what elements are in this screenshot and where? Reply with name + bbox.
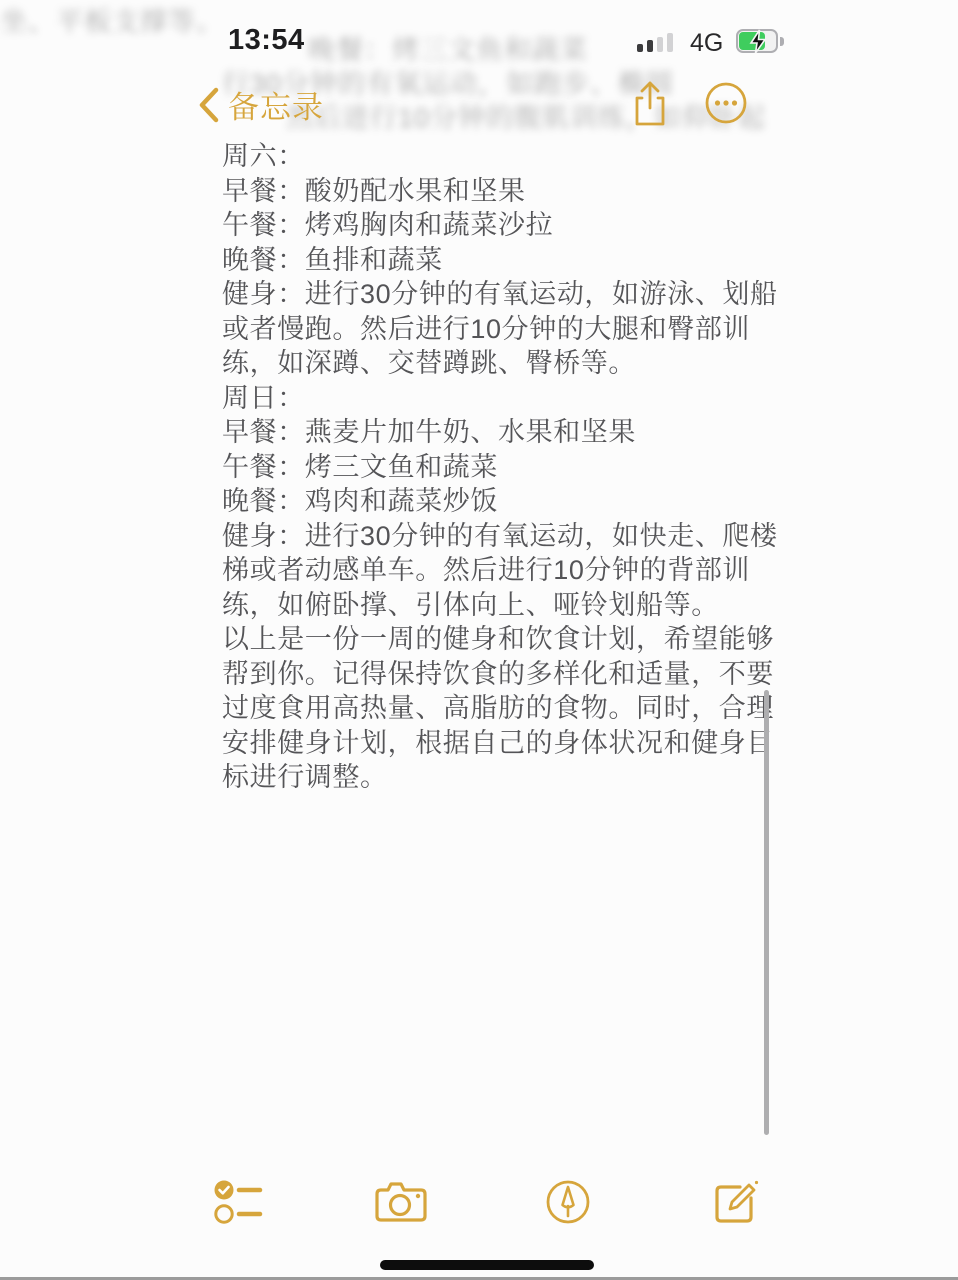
share-button[interactable] (630, 80, 670, 133)
note-text-line: 练，如俯卧撑、引体向上、哑铃划船等。 (222, 588, 774, 623)
more-options-button[interactable] (703, 80, 749, 131)
nav-bar: 备忘录 (0, 80, 958, 130)
camera-button[interactable] (374, 1178, 428, 1229)
ellipsis-circle-icon (703, 80, 749, 126)
note-text-line: 练，如深蹲、交替蹲跳、臀桥等。 (222, 346, 774, 381)
checklist-icon (212, 1178, 268, 1226)
back-button-label: 备忘录 (228, 82, 324, 127)
share-icon (630, 80, 670, 128)
back-button[interactable]: 备忘录 (198, 82, 324, 127)
note-text-area[interactable]: 周六：早餐：酸奶配水果和坚果午餐：烤鸡胸肉和蔬菜沙拉晚餐：鱼排和蔬菜健身：进行3… (222, 139, 774, 795)
compose-button[interactable] (710, 1178, 760, 1233)
markup-button[interactable] (544, 1178, 592, 1231)
note-text-line: 早餐：燕麦片加牛奶、水果和坚果 (222, 415, 774, 450)
scrollbar-thumb[interactable] (764, 690, 769, 1135)
note-text-line: 安排健身计划，根据自己的身体状况和健身目 (222, 726, 774, 761)
network-type-label: 4G (690, 29, 723, 58)
cellular-signal-icon (637, 33, 681, 52)
note-text-line: 帮到你。记得保持饮食的多样化和适量，不要 (222, 657, 774, 692)
note-text-line: 过度食用高热量、高脂肪的食物。同时，合理 (222, 691, 774, 726)
camera-icon (374, 1178, 428, 1224)
status-bar: 13:54 4G (0, 0, 958, 60)
note-text-line: 午餐：烤三文鱼和蔬菜 (222, 450, 774, 485)
bottom-toolbar (0, 1178, 958, 1234)
battery-charging-icon (736, 29, 784, 54)
note-text-line: 健身：进行30分钟的有氧运动，如快走、爬楼 (222, 519, 774, 554)
home-indicator[interactable] (380, 1260, 594, 1270)
note-text-line: 晚餐：鸡肉和蔬菜炒饭 (222, 484, 774, 519)
chevron-left-icon (198, 87, 220, 123)
note-text-line: 周六： (222, 139, 774, 174)
checklist-button[interactable] (212, 1178, 268, 1231)
note-text-line: 或者慢跑。然后进行10分钟的大腿和臀部训 (222, 312, 774, 347)
note-text-line: 午餐：烤鸡胸肉和蔬菜沙拉 (222, 208, 774, 243)
markup-pen-icon (544, 1178, 592, 1226)
note-text-line: 标进行调整。 (222, 760, 774, 795)
note-text-line: 健身：进行30分钟的有氧运动，如游泳、划船 (222, 277, 774, 312)
note-text-line: 早餐：酸奶配水果和坚果 (222, 174, 774, 209)
compose-icon (710, 1178, 760, 1228)
notes-app-screen: 晚餐：烤三文鱼和蔬菜行30分钟的有氧运动，如跑步、椭圆然后进行10分钟的腹肌训练… (0, 0, 958, 1280)
clock: 13:54 (228, 24, 305, 57)
note-text-line: 梯或者动感单车。然后进行10分钟的背部训 (222, 553, 774, 588)
lightning-bolt-icon (745, 29, 771, 55)
note-text-line: 以上是一份一周的健身和饮食计划，希望能够 (222, 622, 774, 657)
note-text-line: 晚餐：鱼排和蔬菜 (222, 243, 774, 278)
note-text-line: 周日： (222, 381, 774, 416)
